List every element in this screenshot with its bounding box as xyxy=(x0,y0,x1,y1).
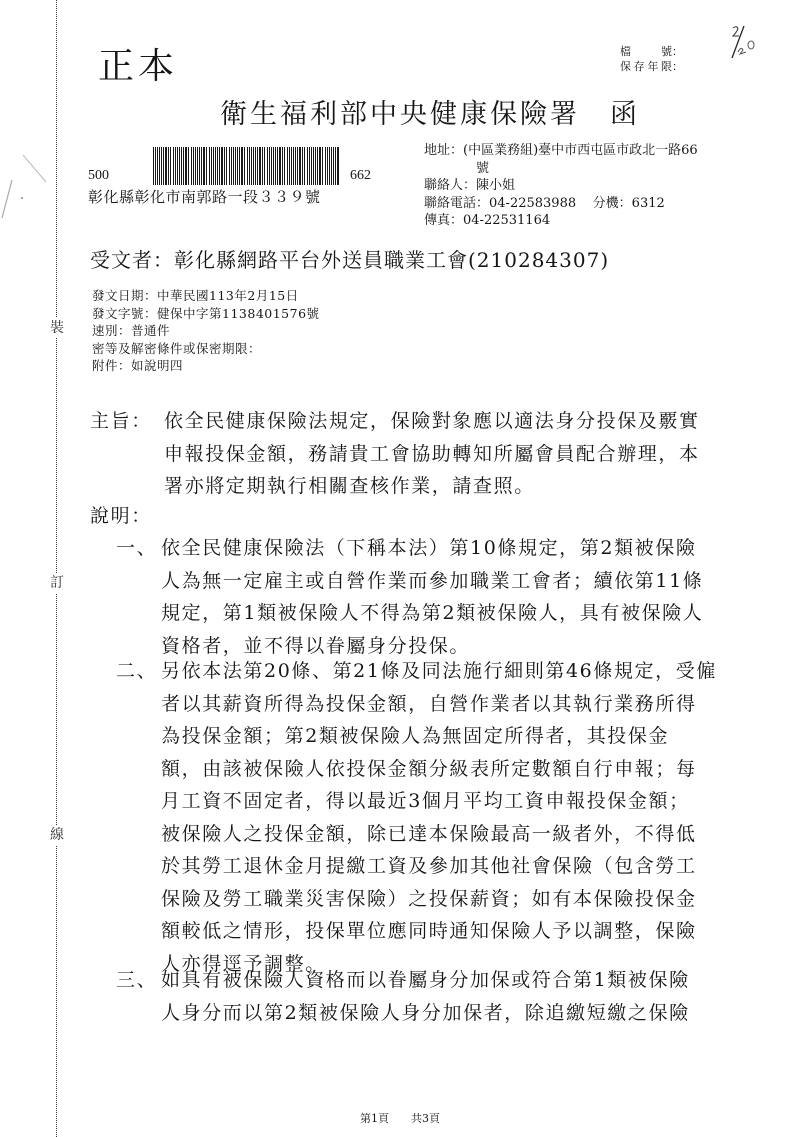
barcode-bar xyxy=(311,147,312,185)
barcode-bar xyxy=(209,147,210,185)
barcode-bar xyxy=(233,147,234,185)
binding-dotted-line xyxy=(56,0,57,1137)
barcode-bar xyxy=(219,147,220,185)
postal-code-right: 662 xyxy=(350,168,371,184)
barcode-bar xyxy=(201,147,202,185)
subject-label: 主旨： xyxy=(90,405,152,438)
file-number-row: 檔 號： xyxy=(620,44,683,59)
barcode-bar xyxy=(173,147,174,185)
barcode-bar xyxy=(279,147,281,185)
barcode-bar xyxy=(271,147,272,185)
barcode-bar xyxy=(315,147,316,185)
barcode-bar xyxy=(215,147,216,185)
contact-address-cont: 號 xyxy=(424,160,698,178)
contact-phone: 聯絡電話：04-22583988 分機：6312 xyxy=(424,195,698,213)
barcode-bar xyxy=(289,147,290,185)
barcode-bar xyxy=(295,147,296,185)
barcode-bar xyxy=(244,147,245,185)
barcode-bar xyxy=(267,147,268,185)
barcode-bar xyxy=(165,147,167,185)
file-meta: 檔 號： 保存年限： xyxy=(620,44,683,74)
recipient-label: 受文者： xyxy=(90,248,174,272)
original-copy-label: 正本 xyxy=(98,38,178,89)
issue-number: 發文字號：健保中字第1138401576號 xyxy=(92,305,320,323)
barcode-bar xyxy=(273,147,274,185)
barcode-bar xyxy=(302,147,303,185)
barcode-bar xyxy=(159,147,160,185)
barcode-bar xyxy=(299,147,301,185)
barcode-bar xyxy=(199,147,200,185)
barcode-bar xyxy=(217,147,218,185)
barcode-bar xyxy=(335,147,336,185)
item-number: 二、 xyxy=(116,655,157,688)
barcode-bar xyxy=(168,147,169,185)
barcode-bar xyxy=(325,147,326,185)
item-text: 如具有被保險人資格而以眷屬身分加保或符合第1類被保險 人身分而以第2類被保險人身… xyxy=(161,964,690,1029)
barcode-bar xyxy=(327,147,328,185)
barcode-bar xyxy=(241,147,243,185)
barcode-bar xyxy=(153,147,154,185)
barcode-bar xyxy=(193,147,194,185)
barcode-bar xyxy=(161,147,162,185)
item-number: 一、 xyxy=(116,532,157,565)
postal-code-left: 500 xyxy=(88,168,109,184)
issuance-meta: 發文日期：中華民國113年2月15日 發文字號：健保中字第1138401576號… xyxy=(92,287,320,375)
barcode-bar xyxy=(275,147,276,185)
barcode-bar xyxy=(181,147,182,185)
barcode-bar xyxy=(231,147,232,185)
recipient-line: 受文者：彰化縣網路平台外送員職業工會(210284307) xyxy=(90,244,609,273)
barcode-bar xyxy=(237,147,238,185)
issuer-title: 衛生福利部中央健康保險署 函 xyxy=(220,92,640,131)
barcode-bar xyxy=(329,147,330,185)
item-text: 依全民健康保險法（下稱本法）第10條規定，第2類被保險 人為無一定雇主或自營作業… xyxy=(161,532,703,662)
binding-mark-xian: 線 xyxy=(48,825,66,845)
attachments: 附件：如說明四 xyxy=(92,357,320,375)
barcode-bar xyxy=(177,147,178,185)
retention-period-row: 保存年限： xyxy=(620,59,683,74)
barcode-bar xyxy=(304,147,305,185)
barcode-bar xyxy=(253,147,254,185)
barcode-bar xyxy=(226,147,227,185)
barcode-bar xyxy=(224,147,225,185)
barcode-bar xyxy=(183,147,184,185)
barcode-bar xyxy=(259,147,261,185)
barcode-bar xyxy=(235,147,236,185)
recipient-mailing-address: 彰化縣彰化市南郭路一段３３９號 xyxy=(88,186,321,207)
pencil-scribble-mark xyxy=(0,150,50,220)
item-text: 另依本法第20條、第21條及同法施行細則第46條規定，受僱 者以其薪資所得為投保… xyxy=(161,655,717,980)
barcode-bar xyxy=(313,147,314,185)
barcode-bar xyxy=(319,147,321,185)
barcode-bar xyxy=(269,147,270,185)
barcode-bar xyxy=(309,147,310,185)
barcode-bar xyxy=(251,147,252,185)
retention-period-label: 保存年限 xyxy=(620,59,672,74)
handwritten-annotation: 2/20 xyxy=(728,22,768,64)
contact-address: 地址：(中區業務組)臺中市西屯區市政北一路66 xyxy=(424,142,698,160)
postal-barcode xyxy=(153,147,343,185)
issue-date: 發文日期：中華民國113年2月15日 xyxy=(92,287,320,305)
barcode-bar xyxy=(257,147,258,185)
barcode-bar xyxy=(213,147,214,185)
barcode-bar xyxy=(239,147,240,185)
barcode-bar xyxy=(297,147,298,185)
barcode-bar xyxy=(262,147,263,185)
barcode-bar xyxy=(195,147,196,185)
barcode-bar xyxy=(322,147,323,185)
barcode-bar xyxy=(247,147,248,185)
binding-mark-zhuang: 裝 xyxy=(48,318,66,338)
barcode-bar xyxy=(291,147,292,185)
barcode-bar xyxy=(191,147,192,185)
barcode-bar xyxy=(203,147,205,185)
barcode-bar xyxy=(229,147,230,185)
barcode-bar xyxy=(170,147,171,185)
item-number: 三、 xyxy=(116,964,157,997)
barcode-bar xyxy=(255,147,256,185)
barcode-bar xyxy=(163,147,164,185)
barcode-bar xyxy=(211,147,212,185)
file-number-label: 檔 號 xyxy=(620,44,672,59)
page-indicator: 第1頁 共3頁 xyxy=(0,1110,800,1126)
barcode-bar xyxy=(293,147,294,185)
barcode-bar xyxy=(249,147,250,185)
barcode-bar xyxy=(175,147,176,185)
barcode-bar xyxy=(188,147,189,185)
recipient-name: 彰化縣網路平台外送員職業工會(210284307) xyxy=(174,248,609,272)
barcode-bar xyxy=(307,147,308,185)
barcode-bar xyxy=(333,147,334,185)
contact-person: 聯絡人：陳小姐 xyxy=(424,177,698,195)
barcode-bar xyxy=(284,147,285,185)
barcode-bar xyxy=(185,147,187,185)
barcode-bar xyxy=(206,147,207,185)
binding-mark-ding: 訂 xyxy=(48,573,66,593)
barcode-bar xyxy=(277,147,278,185)
barcode-bar xyxy=(264,147,265,185)
contact-info: 地址：(中區業務組)臺中市西屯區市政北一路66 號 聯絡人：陳小姐 聯絡電話：0… xyxy=(424,142,698,230)
barcode-bar xyxy=(197,147,198,185)
barcode-bar xyxy=(221,147,223,185)
current-page: 第1頁 xyxy=(360,1112,389,1125)
confidentiality: 密等及解密條件或保密期限： xyxy=(92,340,320,358)
barcode-bar xyxy=(317,147,318,185)
subject-text: 依全民健康保險法規定，保險對象應以適法身分投保及覈實 申報投保金額，務請貴工會協… xyxy=(164,405,700,503)
barcode-bar xyxy=(331,147,332,185)
barcode-bar xyxy=(157,147,158,185)
barcode-bar xyxy=(287,147,288,185)
barcode-bar xyxy=(179,147,180,185)
explanation-label: 說明： xyxy=(90,500,152,533)
barcode-bar xyxy=(282,147,283,185)
barcode-bar xyxy=(155,147,156,185)
delivery-speed: 速別：普通件 xyxy=(92,322,320,340)
contact-fax: 傳真：04-22531164 xyxy=(424,212,698,230)
total-pages: 共3頁 xyxy=(411,1112,440,1125)
barcode-bar xyxy=(337,147,339,185)
